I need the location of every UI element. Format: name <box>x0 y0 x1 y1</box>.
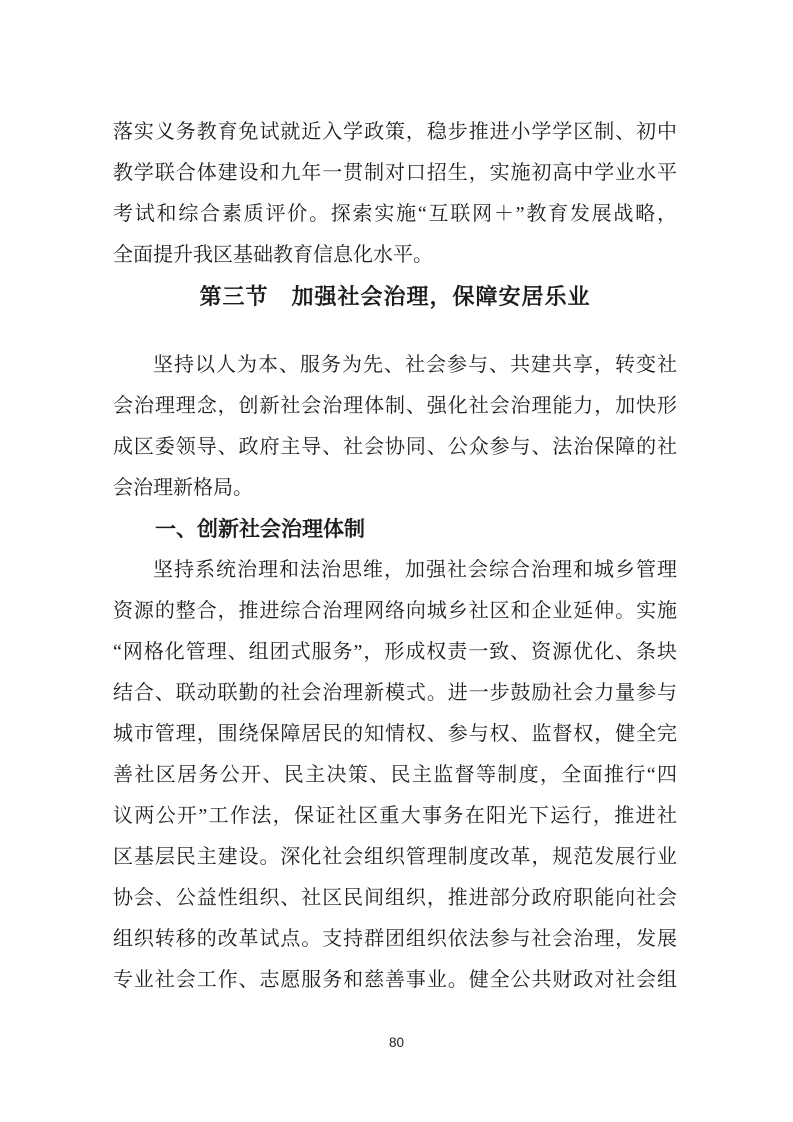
text-line: 会治理理念，创新社会治理体制、强化社会治理能力，加快形 <box>113 386 677 427</box>
text-line: 成区委领导、政府主导、社会协同、公众参与、法治保障的社 <box>113 427 677 468</box>
text-line: 专业社会工作、志愿服务和慈善事业。健全公共财政对社会组 <box>113 960 677 1001</box>
page-number: 80 <box>0 1033 793 1053</box>
paragraph-continued-from-previous-page: 落实义务教育免试就近入学政策，稳步推进小学学区制、初中教学联合体建设和九年一贯制… <box>113 112 677 276</box>
text-line: 城市管理，围绕保障居民的知情权、参与权、监督权，健全完 <box>113 714 677 755</box>
document-page: { "page": { "background": "#ffffff", "te… <box>0 0 793 1122</box>
subsection-heading: 一、创新社会治理体制 <box>113 509 677 550</box>
text-line: 区基层民主建设。深化社会组织管理制度改革，规范发展行业 <box>113 837 677 878</box>
text-line: 落实义务教育免试就近入学政策，稳步推进小学学区制、初中 <box>113 112 677 153</box>
paragraph-section-intro: 坚持以人为本、服务为先、社会参与、共建共享，转变社会治理理念，创新社会治理体制、… <box>113 345 677 509</box>
text-line: 全面提升我区基础教育信息化水平。 <box>113 235 677 276</box>
text-line: 组织转移的改革试点。支持群团组织依法参与社会治理，发展 <box>113 919 677 960</box>
text-line: 协会、公益性组织、社区民间组织，推进部分政府职能向社会 <box>113 878 677 919</box>
text-line: 资源的整合，推进综合治理网络向城乡社区和企业延伸。实施 <box>113 591 677 632</box>
text-line: 坚持系统治理和法治思维，加强社会综合治理和城乡管理 <box>113 550 677 591</box>
section-heading: 第三节 加强社会治理，保障安居乐业 <box>113 276 677 317</box>
text-line: 议两公开”工作法，保证社区重大事务在阳光下运行，推进社 <box>113 796 677 837</box>
text-line: 坚持以人为本、服务为先、社会参与、共建共享，转变社 <box>113 345 677 386</box>
text-line: 会治理新格局。 <box>113 468 677 509</box>
text-line: 善社区居务公开、民主决策、民主监督等制度，全面推行“四 <box>113 755 677 796</box>
text-block: 落实义务教育免试就近入学政策，稳步推进小学学区制、初中教学联合体建设和九年一贯制… <box>113 112 677 1001</box>
paragraph-subsection-body: 坚持系统治理和法治思维，加强社会综合治理和城乡管理资源的整合，推进综合治理网络向… <box>113 550 677 1001</box>
text-line: “网格化管理、组团式服务”，形成权责一致、资源优化、条块 <box>113 632 677 673</box>
text-line: 结合、联动联勤的社会治理新模式。进一步鼓励社会力量参与 <box>113 673 677 714</box>
text-line: 考试和综合素质评价。探索实施“互联网＋”教育发展战略， <box>113 194 677 235</box>
text-line: 教学联合体建设和九年一贯制对口招生，实施初高中学业水平 <box>113 153 677 194</box>
